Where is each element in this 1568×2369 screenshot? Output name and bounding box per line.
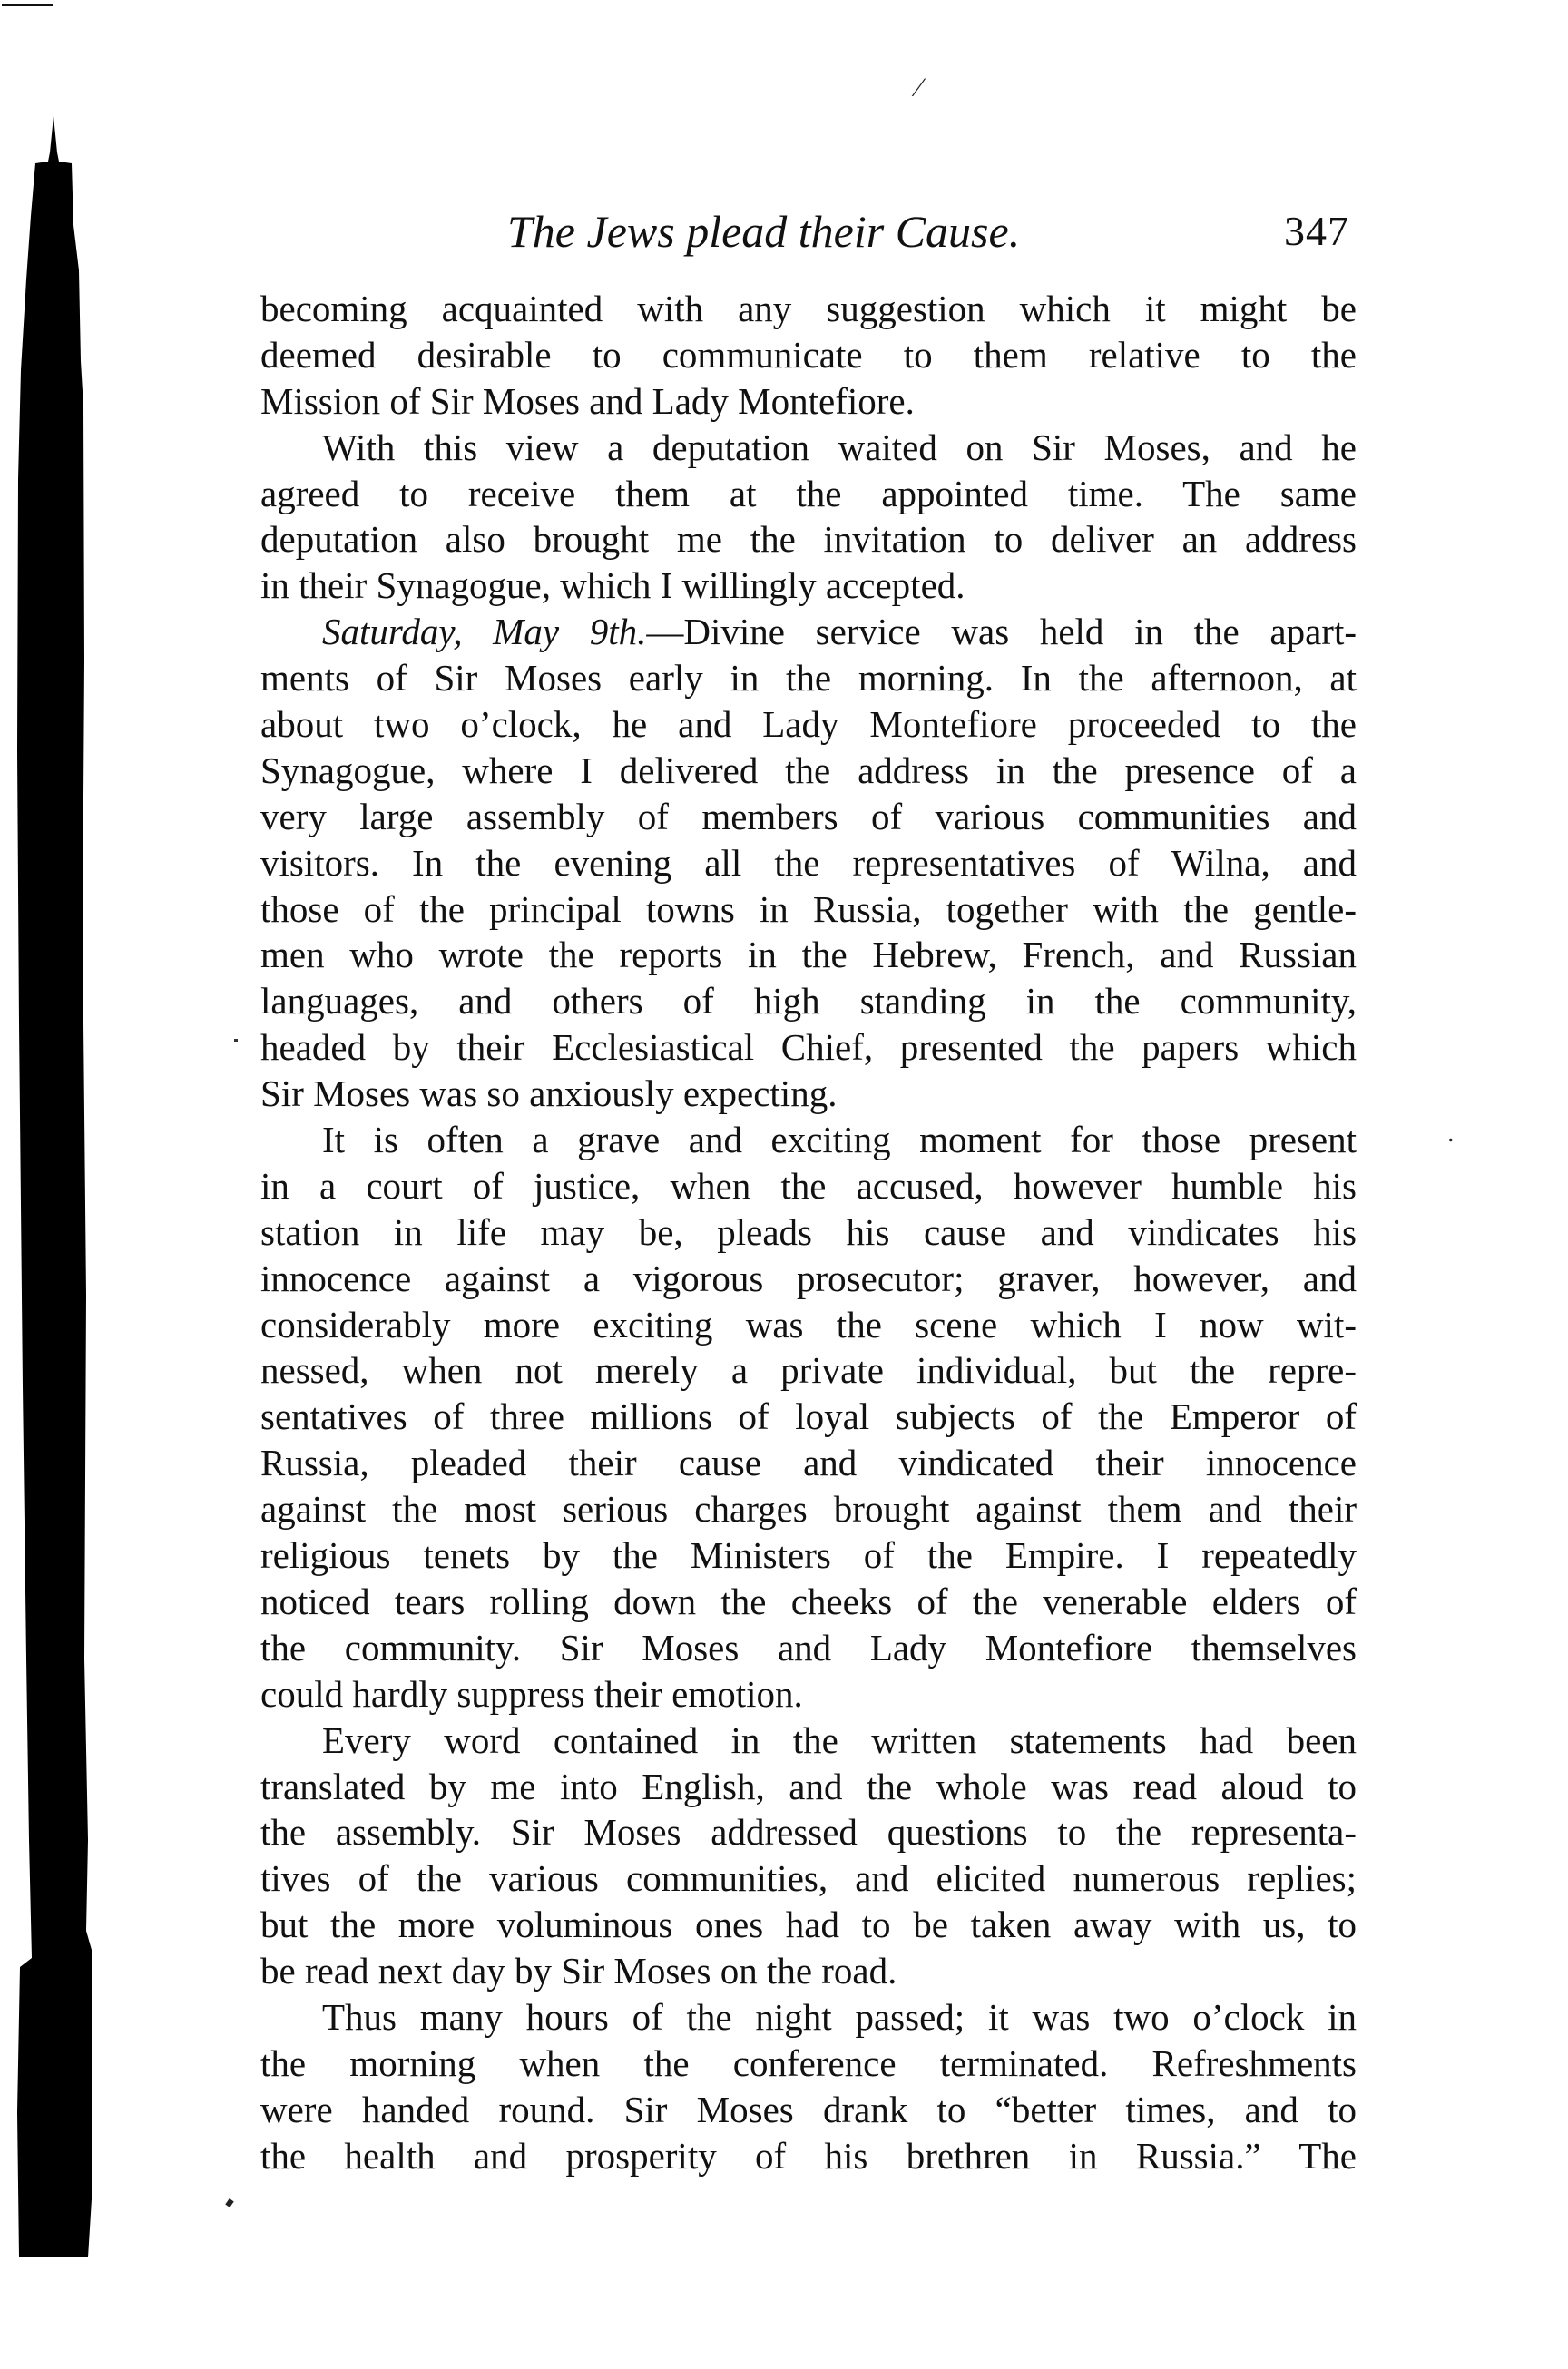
text-line: the assembly. Sir Moses addressed questi… [260, 1809, 1357, 1855]
text-line: the health and prosperity of his brethre… [260, 2133, 1357, 2179]
text-line: sentatives of three millions of loyal su… [260, 1394, 1357, 1440]
text-line: the community. Sir Moses and Lady Montef… [260, 1625, 1357, 1671]
paragraph-2: With this view a deputation waited on Si… [260, 425, 1357, 610]
text-line: very large assembly of members of variou… [260, 794, 1357, 840]
text-line: translated by me into English, and the w… [260, 1764, 1357, 1810]
text-line: men who wrote the reports in the Hebrew,… [260, 932, 1357, 978]
binding-shadow-bar [15, 116, 92, 2257]
text-line: headed by their Ecclesiastical Chief, pr… [260, 1024, 1357, 1071]
stray-mark-right: . [1447, 1118, 1455, 1149]
paragraph-1: becoming acquainted with any suggestion … [260, 286, 1357, 425]
text-line: deputation also brought me the invitatio… [260, 516, 1357, 563]
text-line: tives of the various communities, and el… [260, 1855, 1357, 1902]
text-line: could hardly suppress their emotion. [260, 1671, 1357, 1718]
scan-edge-mark [2, 4, 53, 6]
text-line: languages, and others of high standing i… [260, 978, 1357, 1024]
text-line: against the most serious charges brought… [260, 1486, 1357, 1532]
page-number: 347 [1284, 200, 1349, 263]
running-title: The Jews plead their Cause. [507, 200, 1020, 263]
running-header: The Jews plead their Cause. 347 [260, 200, 1357, 263]
stray-mark-top: ⁄ [916, 73, 921, 103]
text-line: those of the principal towns in Russia, … [260, 886, 1357, 933]
text-line: deemed desirable to communicate to them … [260, 332, 1357, 378]
date-label: Saturday, May 9th. [322, 611, 646, 652]
text-line: but the more voluminous ones had to be t… [260, 1902, 1357, 1948]
text-line: becoming acquainted with any suggestion … [260, 286, 1357, 332]
text-line: agreed to receive them at the appointed … [260, 471, 1357, 517]
book-page: ⁄ . The Jews plead their Cause. 347 beco… [0, 0, 1568, 2369]
text-line: in a court of justice, when the accused,… [260, 1163, 1357, 1209]
text-line: Saturday, May 9th.—Divine service was he… [260, 609, 1357, 655]
text-line: Mission of Sir Moses and Lady Montefiore… [260, 378, 1357, 425]
text-line: noticed tears rolling down the cheeks of… [260, 1579, 1357, 1625]
text-line: innocence against a vigorous prosecutor;… [260, 1256, 1357, 1302]
text-line: religious tenets by the Ministers of the… [260, 1532, 1357, 1579]
text-line: were handed round. Sir Moses drank to “b… [260, 2087, 1357, 2133]
text-line: Every word contained in the written stat… [260, 1718, 1357, 1764]
body-text: becoming acquainted with any suggestion … [260, 286, 1357, 2179]
paragraph-4: It is often a grave and exciting moment … [260, 1117, 1357, 1718]
paragraph-3: Saturday, May 9th.—Divine service was he… [260, 609, 1357, 1117]
text-line: station in life may be, pleads his cause… [260, 1209, 1357, 1256]
paragraph-5: Every word contained in the written stat… [260, 1718, 1357, 1994]
text-line: Russia, pleaded their cause and vindicat… [260, 1440, 1357, 1486]
text-line: ments of Sir Moses early in the morning.… [260, 655, 1357, 701]
text-line: visitors. In the evening all the represe… [260, 840, 1357, 886]
text-line: nessed, when not merely a private indivi… [260, 1347, 1357, 1394]
text-line: considerably more exciting was the scene… [260, 1302, 1357, 1348]
text-line: the morning when the conference terminat… [260, 2041, 1357, 2087]
text-line: It is often a grave and exciting moment … [260, 1117, 1357, 1163]
text-line: Sir Moses was so anxiously expecting. [260, 1071, 1357, 1117]
text-line: about two o’clock, he and Lady Montefior… [260, 701, 1357, 748]
text-line: Synagogue, where I delivered the address… [260, 748, 1357, 794]
stray-mark-bottom [225, 2198, 234, 2207]
text-line: be read next day by Sir Moses on the roa… [260, 1948, 1357, 1994]
text-line: Thus many hours of the night passed; it … [260, 1994, 1357, 2041]
stray-mark-left [234, 1039, 238, 1042]
paragraph-6: Thus many hours of the night passed; it … [260, 1994, 1357, 2179]
text-line: in their Synagogue, which I willingly ac… [260, 563, 1357, 609]
text-line: With this view a deputation waited on Si… [260, 425, 1357, 471]
